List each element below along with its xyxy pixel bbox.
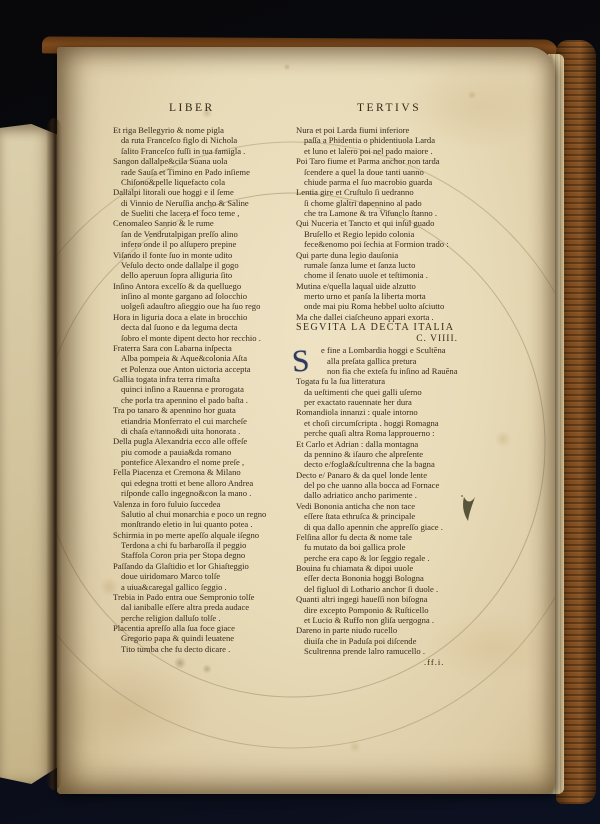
verse-line: Valenza in foro fuluio ſuccedea bbox=[113, 499, 303, 509]
verse-line: Felſina allor fu decta & nome tale bbox=[296, 532, 494, 542]
drop-cap-initial: S bbox=[291, 346, 310, 376]
verse-line: Trebia in Pado entra oue Sempronio tolſe bbox=[113, 592, 303, 602]
verse-line: di chaſa e/tanno&di uita honorata . bbox=[113, 426, 303, 436]
verse-line: uolgeſi adauſtro aſieggio oue ha ſuo reg… bbox=[113, 301, 303, 311]
verse-line: Sangon dallalpe&cila Suana uola bbox=[113, 156, 303, 166]
verse-line: Lentia gire et Cruſtulo ſi uedranno bbox=[296, 187, 494, 197]
verse-line: ſcendere a quel la doue tanti uanno bbox=[296, 167, 494, 177]
verse-line: alla preſata gallica pretura bbox=[296, 356, 494, 366]
verse-line: decta dal ſuono e da leguma decta bbox=[113, 322, 303, 332]
verse-line: Hora in liguria doca a elate in brocchio bbox=[113, 312, 303, 322]
verse-line: che tra Lamone & tra Viſunclo ſtanno . bbox=[296, 208, 494, 218]
verse-line: pontefice Alexandro el nome preſe , bbox=[113, 457, 303, 467]
verse-line: ſalito Franceſco fuſſi in tua famigla . bbox=[113, 146, 303, 156]
verse-line: Della pugla Alexandria ecco alle offeſe bbox=[113, 436, 303, 446]
verse-line: et luno et lalero poi nel pado maiore . bbox=[296, 146, 494, 156]
verse-line: fu mutato da boi gallica prole bbox=[296, 542, 494, 552]
text-column-right: Nura et poi Larda fiumi inferiorepaſſa a… bbox=[296, 125, 494, 668]
verse-line: Poi Taro fiume et Parma anchor non tarda bbox=[296, 156, 494, 166]
verse-line: Qui parte duna legio dauſonia bbox=[296, 250, 494, 260]
ink-fleck bbox=[461, 495, 463, 497]
verse-line: .ff.i. bbox=[296, 657, 494, 667]
verse-line: di Vinnio de Neruſſia ancho & Saline bbox=[113, 198, 303, 208]
verse-line: ſan de Vendrutalpigan preſſo alino bbox=[113, 229, 303, 239]
verse-line: de Sueliti che lacera el foco teme , bbox=[113, 208, 303, 218]
verse-line: dal ianiballe eſſere altra preda audace bbox=[113, 602, 303, 612]
verse-line: da pennino & iſauro che alpreſente bbox=[296, 449, 494, 459]
verse-line: Decto e/ Panaro & da quel londe lente bbox=[296, 470, 494, 480]
verse-line: Gregorio papa & quindi leuatene bbox=[113, 633, 303, 643]
verse-line: da ruta Franceſco figlo di Nichola bbox=[113, 135, 303, 145]
verse-line: qui edegna trotti et bene alloro Andrea bbox=[113, 478, 303, 488]
verse-line: monſtrando eletio in lui quanto potea . bbox=[113, 519, 303, 529]
verse-line: quinci inſino a Rauenna e prorogata bbox=[113, 384, 303, 394]
verse-line: del po che uanno alla bocca ad Fornace bbox=[296, 480, 494, 490]
verse-line: Fraterra Sara con Labarna inſpecta bbox=[113, 343, 303, 353]
verse-line: perche era capo & lor ſeggio regale . bbox=[296, 553, 494, 563]
verse-line: eſſer decta Bononia hoggi Bologna bbox=[296, 573, 494, 583]
verse-line: Inſino Antora excelſo & da quelluego bbox=[113, 281, 303, 291]
verse-line: infero onde il po alſupero prepine bbox=[113, 239, 303, 249]
verse-line: diuiſa che in Paduſa poi diſcende bbox=[296, 636, 494, 646]
verse-line: Gallia togata infra terra rimaſta bbox=[113, 374, 303, 384]
verse-line: merto urno et panſa la liberta morta bbox=[296, 291, 494, 301]
verse-line: Nura et poi Larda fiumi inferiore bbox=[296, 125, 494, 135]
verse-line: Terdona a chi fu barbaroſſa il peggio bbox=[113, 540, 303, 550]
photo-background: { "header": { "left": "LIBER", "right": … bbox=[0, 0, 600, 824]
verse-line: Bouina fu chiamata & dipoi uuole bbox=[296, 563, 494, 573]
verse-line: onde mai piu Roma hebbel uolto aſciutto bbox=[296, 301, 494, 311]
verse-line: et Lucio & Ruffo non gliſa uergogna . bbox=[296, 615, 494, 625]
verse-line: chiude parma el ſuo macrobio guarda bbox=[296, 177, 494, 187]
text-column-left: Et riga Bellegyrio & nome piglada ruta F… bbox=[113, 125, 303, 654]
gutter-shadow bbox=[46, 118, 62, 790]
verse-line: e fine a Lombardia hoggi e Scultēna bbox=[296, 345, 494, 355]
verse-line: rade Sauſa et Timino en Pado inſieme bbox=[113, 167, 303, 177]
verse-line: Mutina e/quella laqual uide alzutto bbox=[296, 281, 494, 291]
book-page: LIBER TERTIVS Et riga Bellegyrio & nome … bbox=[57, 47, 555, 794]
running-header: LIBER TERTIVS bbox=[57, 102, 555, 116]
chapter-heading: SEGVITA LA DECTA ITALIA bbox=[296, 322, 494, 334]
verse-line: a uiua&caregal gallico ſeggio . bbox=[113, 582, 303, 592]
verse-line: Chiſono&pelle liquefacto cola bbox=[113, 177, 303, 187]
verse-line: perche quaſi altra Roma lapprouerno : bbox=[296, 428, 494, 438]
verse-line: Et riga Bellegyrio & nome pigla bbox=[113, 125, 303, 135]
verse-line: Quanti altri ingegi haueſſi non biſogna bbox=[296, 594, 494, 604]
verse-line: Cenomaleo Sanrio & le rume bbox=[113, 218, 303, 228]
ink-mark-stroke bbox=[463, 497, 475, 521]
verse-line: per exactato rauennate her dura bbox=[296, 397, 494, 407]
verse-line: rumale ſanza lume et ſanza lucto bbox=[296, 260, 494, 270]
verse-line: che porla tra apennino el pado baſta . bbox=[113, 395, 303, 405]
verse-line: Staffola Coron pria per Stopa degno bbox=[113, 550, 303, 560]
verse-line: Dareno in parte niudo rucello bbox=[296, 625, 494, 635]
chapter-number: C. VIIII. bbox=[296, 334, 494, 345]
verse-line: Tra po tanaro & apennino hor guata bbox=[113, 405, 303, 415]
verse-line: Veſulo decto onde dallalpe il gogo bbox=[113, 260, 303, 270]
verse-line: Scultrenna prende lalro ramucello . bbox=[296, 646, 494, 656]
verse-line: piu comode a pauia&da romano bbox=[113, 447, 303, 457]
verse-line: ſobro el monte dipent decto hor recchio … bbox=[113, 333, 303, 343]
verse-line: Fella Piacenza et Cremona & Milano bbox=[113, 467, 303, 477]
verse-line: paſſa a Phidentia o phidentiuola Larda bbox=[296, 135, 494, 145]
verse-line: non fia che exteſa fu inſino ad Rauēna bbox=[296, 366, 494, 376]
verse-line: Dallalpi litorali oue hoggi e il ſeme bbox=[113, 187, 303, 197]
verse-line: fece&enomo poi ſechia at Formion trado : bbox=[296, 239, 494, 249]
verse-line: Schirmia in po merte apeſſo alquale iſeg… bbox=[113, 530, 303, 540]
running-header-left: LIBER bbox=[169, 102, 215, 114]
running-header-right: TERTIVS bbox=[357, 102, 421, 114]
verse-line: Et Carlo et Adrian : dalla montagna bbox=[296, 439, 494, 449]
verse-line: Salutio al chui monarchia e poco un regn… bbox=[113, 509, 303, 519]
verse-line: Placentia apreſſo alla ſua foce giace bbox=[113, 623, 303, 633]
verse-line: Ma che dallei ciaſcheuno appari exorta . bbox=[296, 312, 494, 322]
verse-line: et Polenza oue Anton uictoria accepta bbox=[113, 364, 303, 374]
verse-line: dello aperuun ſopra alliguria ſito bbox=[113, 270, 303, 280]
verse-line: da ueſtimenti che quei galli uſerno bbox=[296, 387, 494, 397]
verse-line: inſino al monte gargano ad ſolocchio bbox=[113, 291, 303, 301]
verse-line: Alba pompeia & Aque&colonia Aſta bbox=[113, 353, 303, 363]
verse-line: Romandiola innanzi : quale intorno bbox=[296, 407, 494, 417]
verse-block-upper: Nura et poi Larda fiumi inferiorepaſſa a… bbox=[296, 125, 494, 322]
verse-line: decto e/fogla&ſcultrenna che la bagna bbox=[296, 459, 494, 469]
verse-line: del figluol di Lothario anchor ſi duole … bbox=[296, 584, 494, 594]
verse-line: Bruſello et Regio lepido colonia bbox=[296, 229, 494, 239]
verse-line: riſponde callo ingegno&con la mano . bbox=[113, 488, 303, 498]
verse-line: Tito tumba che fu decto dicare . bbox=[113, 644, 303, 654]
verse-line: et choſi circumſcripta . hoggi Romagna bbox=[296, 418, 494, 428]
book-photo: LIBER TERTIVS Et riga Bellegyrio & nome … bbox=[0, 0, 600, 824]
verse-line: perche religion dalluſo tolſe . bbox=[113, 613, 303, 623]
verse-line: Togata fu la ſua litteratura bbox=[296, 376, 494, 386]
verse-line: Paſſando da Glaſtidio et lor Ghiaſteggio bbox=[113, 561, 303, 571]
verse-line: chome il ſenato uuole et teſtimonia . bbox=[296, 270, 494, 280]
verse-line: ſi chome glaltri dapennino al pado bbox=[296, 198, 494, 208]
verse-line: Viſando il fonte ſuo in monte udito bbox=[113, 250, 303, 260]
verse-line: Qui Nuceria et Tancto et qui inſul guado bbox=[296, 218, 494, 228]
verse-line: dire excepto Pomponio & Ruſticello bbox=[296, 605, 494, 615]
reader-ink-mark bbox=[460, 494, 478, 524]
verse-line: etiandria Monferrato el cui marcheſe bbox=[113, 416, 303, 426]
verse-line: doue uiridomaro Marco tolſe bbox=[113, 571, 303, 581]
